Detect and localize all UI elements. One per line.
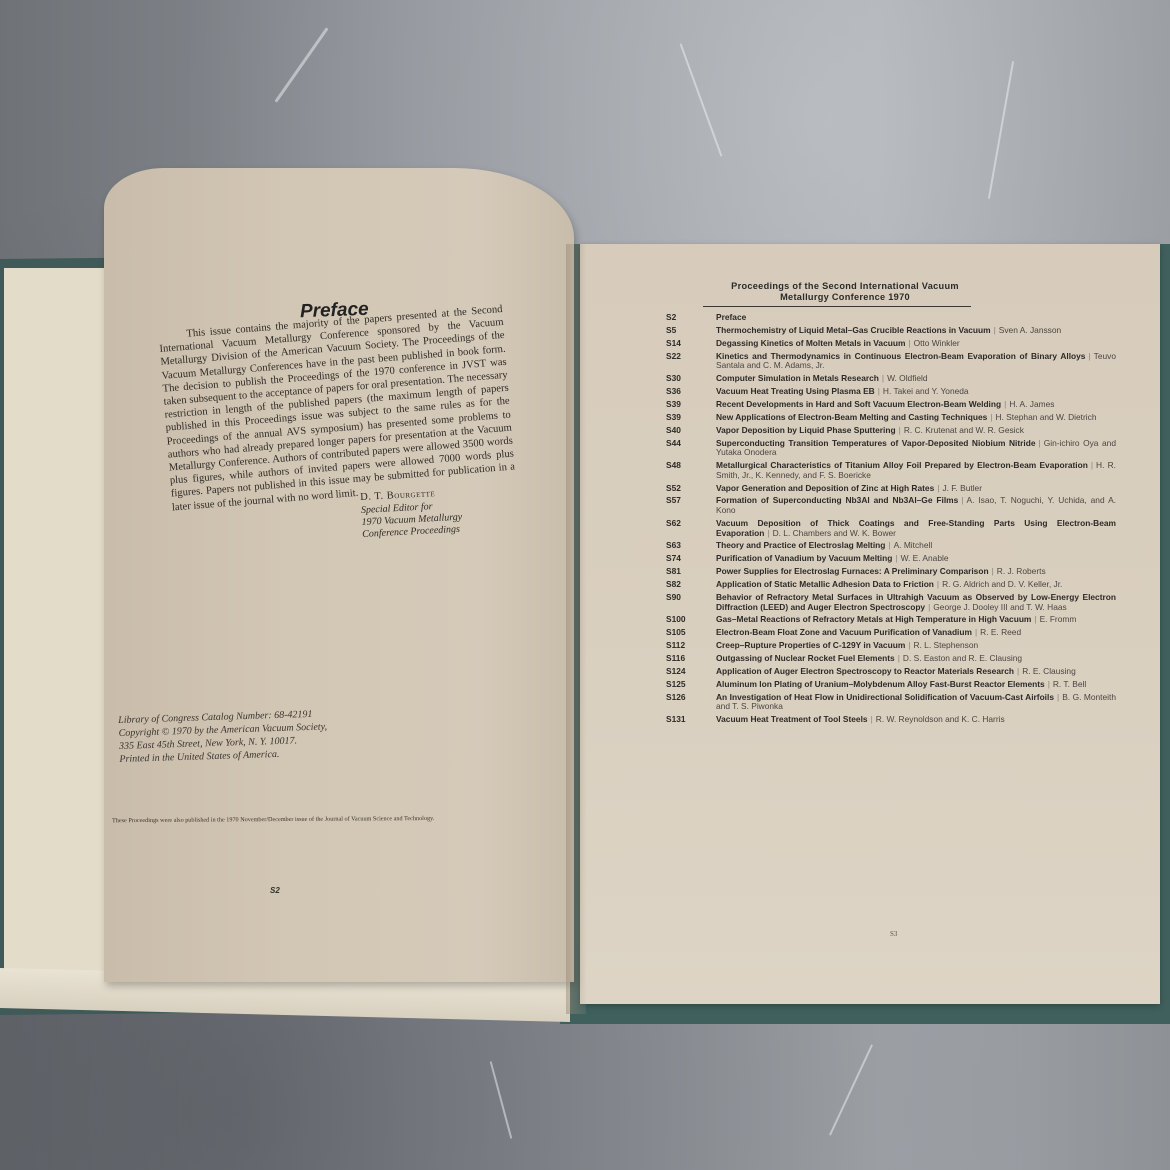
toc-page-number: S2 [628, 313, 704, 323]
toc-author: W. E. Anable [901, 553, 949, 563]
toc-separator: | [937, 579, 939, 589]
toc-title: Theory and Practice of Electroslag Melti… [716, 540, 885, 550]
toc-entry-text: Superconducting Transition Temperatures … [704, 439, 1116, 458]
toc-entry: S82Application of Static Metallic Adhesi… [628, 580, 1116, 590]
toc-separator: | [888, 540, 890, 550]
toc-title: Vacuum Heat Treatment of Tool Steels [716, 714, 868, 724]
heading-rule [703, 306, 971, 307]
toc-title: Degassing Kinetics of Molten Metals in V… [716, 338, 905, 348]
toc-page-number: S63 [628, 541, 704, 551]
toc-entry-text: Creep–Rupture Properties of C-129Y in Va… [704, 641, 1116, 651]
toc-entry-text: Application of Static Metallic Adhesion … [704, 580, 1116, 590]
toc-entry-text: Power Supplies for Electroslag Furnaces:… [704, 567, 1116, 577]
toc-heading: Proceedings of the Second International … [695, 281, 995, 302]
toc-page-label: S90 [666, 593, 704, 603]
toc-page-number: S22 [628, 352, 704, 371]
toc-entry-text: Vapor Deposition by Liquid Phase Sputter… [704, 426, 1116, 436]
toc-entry-text: Computer Simulation in Metals Research|W… [704, 374, 1116, 384]
toc-page-label: S44 [666, 439, 704, 449]
toc-author: D. S. Easton and R. E. Clausing [903, 653, 1022, 663]
toc-page-number: S62 [628, 519, 704, 538]
toc-separator: | [1048, 679, 1050, 689]
toc-author: R. E. Reed [980, 627, 1021, 637]
toc-page-number: S125 [628, 680, 704, 690]
toc-page-number: S14 [628, 339, 704, 349]
toc-entry: S57Formation of Superconducting Nb3Al an… [628, 496, 1116, 515]
toc-author: W. Oldfield [887, 373, 928, 383]
toc-entry: S39New Applications of Electron-Beam Mel… [628, 413, 1116, 423]
toc-entry: S48Metallurgical Characteristics of Tita… [628, 461, 1116, 480]
toc-entry-text: Behavior of Refractory Metal Surfaces in… [704, 593, 1116, 612]
toc-separator: | [898, 653, 900, 663]
toc-author: H. Takei and Y. Yoneda [883, 386, 969, 396]
toc-separator: | [908, 338, 910, 348]
toc-page-number: S44 [628, 439, 704, 458]
toc-entry-text: Recent Developments in Hard and Soft Vac… [704, 400, 1116, 410]
toc-page-label: S124 [666, 667, 704, 677]
toc-entry-text: Vacuum Heat Treating Using Plasma EB|H. … [704, 387, 1116, 397]
toc-title: Vacuum Heat Treating Using Plasma EB [716, 386, 875, 396]
toc-heading-line1: Proceedings of the Second International … [695, 281, 995, 292]
toc-entry-text: Outgassing of Nuclear Rocket Fuel Elemen… [704, 654, 1116, 664]
toc-separator: | [1057, 692, 1059, 702]
toc-page-label: S105 [666, 628, 704, 638]
toc-author: R. G. Aldrich and D. V. Keller, Jr. [942, 579, 1062, 589]
toc-author: Sven A. Jansson [999, 325, 1061, 335]
toc-entry-text: Formation of Superconducting Nb3Al and N… [704, 496, 1116, 515]
toc-author: Otto Winkler [914, 338, 960, 348]
toc-title: Electron-Beam Float Zone and Vacuum Puri… [716, 627, 972, 637]
toc-entry: S124Application of Auger Electron Spectr… [628, 667, 1116, 677]
toc-page-number: S40 [628, 426, 704, 436]
toc-entry: S2Preface [628, 313, 1116, 323]
toc-title: Thermochemistry of Liquid Metal–Gas Cruc… [716, 325, 991, 335]
toc-separator: | [899, 425, 901, 435]
toc-page-number: S124 [628, 667, 704, 677]
toc-page-number: S100 [628, 615, 704, 625]
toc-entry-text: New Applications of Electron-Beam Meltin… [704, 413, 1116, 423]
toc-page-label: S57 [666, 496, 704, 506]
toc-separator: | [871, 714, 873, 724]
toc-title: Power Supplies for Electroslag Furnaces:… [716, 566, 989, 576]
toc-page-number: S48 [628, 461, 704, 480]
toc-page-label: S2 [666, 313, 704, 323]
toc-page-number: S5 [628, 326, 704, 336]
toc-entry-text: Application of Auger Electron Spectrosco… [704, 667, 1116, 677]
toc-entry-text: Electron-Beam Float Zone and Vacuum Puri… [704, 628, 1116, 638]
toc-entry: S44Superconducting Transition Temperatur… [628, 439, 1116, 458]
toc-title: An Investigation of Heat Flow in Unidire… [716, 692, 1054, 702]
page-left [104, 168, 574, 982]
toc-separator: | [961, 495, 963, 505]
toc-author: E. Fromm [1040, 614, 1077, 624]
toc-page-label: S131 [666, 715, 704, 725]
editor-signature: D. T. Bourgette Special Editor for 1970 … [360, 487, 463, 541]
toc-page-label: S62 [666, 519, 704, 529]
toc-entry-text: Aluminum Ion Plating of Uranium–Molybden… [704, 680, 1116, 690]
toc-entry-text: Metallurgical Characteristics of Titaniu… [704, 461, 1116, 480]
toc-page-label: S39 [666, 413, 704, 423]
toc-title: Vapor Generation and Deposition of Zinc … [716, 483, 934, 493]
library-info: Library of Congress Catalog Number: 68-4… [118, 707, 328, 766]
toc-separator: | [882, 373, 884, 383]
toc-page-number: S39 [628, 413, 704, 423]
toc-page-label: S5 [666, 326, 704, 336]
toc-separator: | [975, 627, 977, 637]
toc-page-number: S30 [628, 374, 704, 384]
toc-heading-line2: Metallurgy Conference 1970 [695, 292, 995, 303]
toc-entry: S22Kinetics and Thermodynamics in Contin… [628, 352, 1116, 371]
toc-entry: S81Power Supplies for Electroslag Furnac… [628, 567, 1116, 577]
toc-entry: S40Vapor Deposition by Liquid Phase Sput… [628, 426, 1116, 436]
page-number-left: S2 [270, 886, 280, 895]
toc-page-label: S100 [666, 615, 704, 625]
toc-entry-text: Gas–Metal Reactions of Refractory Metals… [704, 615, 1116, 625]
toc-entry: S74Purification of Vanadium by Vacuum Me… [628, 554, 1116, 564]
toc-entry: S62Vacuum Deposition of Thick Coatings a… [628, 519, 1116, 538]
toc-separator: | [1088, 351, 1090, 361]
toc-page-label: S112 [666, 641, 704, 651]
toc-author: R. L. Stephenson [913, 640, 978, 650]
toc-entry: S63Theory and Practice of Electroslag Me… [628, 541, 1116, 551]
toc-author: H. A. James [1009, 399, 1054, 409]
toc-page-label: S40 [666, 426, 704, 436]
toc-page-number: S39 [628, 400, 704, 410]
toc-page-label: S125 [666, 680, 704, 690]
toc-title: Preface [716, 312, 746, 322]
toc-title: Superconducting Transition Temperatures … [716, 438, 1036, 448]
toc-page-label: S74 [666, 554, 704, 564]
toc-title: Gas–Metal Reactions of Refractory Metals… [716, 614, 1031, 624]
toc-separator: | [990, 412, 992, 422]
toc-title: Vapor Deposition by Liquid Phase Sputter… [716, 425, 896, 435]
toc-entry-text: Degassing Kinetics of Molten Metals in V… [704, 339, 1116, 349]
table-of-contents: S2PrefaceS5Thermochemistry of Liquid Met… [628, 313, 1116, 728]
toc-entry: S100Gas–Metal Reactions of Refractory Me… [628, 615, 1116, 625]
floor-scratch [680, 43, 723, 156]
toc-author: George J. Dooley III and T. W. Haas [933, 602, 1066, 612]
toc-title: Purification of Vanadium by Vacuum Melti… [716, 553, 892, 563]
toc-page-number: S36 [628, 387, 704, 397]
toc-entry: S125Aluminum Ion Plating of Uranium–Moly… [628, 680, 1116, 690]
toc-entry-text: Vapor Generation and Deposition of Zinc … [704, 484, 1116, 494]
toc-page-label: S81 [666, 567, 704, 577]
toc-entry: S126An Investigation of Heat Flow in Uni… [628, 693, 1116, 712]
toc-entry-text: Purification of Vanadium by Vacuum Melti… [704, 554, 1116, 564]
toc-title: New Applications of Electron-Beam Meltin… [716, 412, 987, 422]
toc-page-label: S48 [666, 461, 704, 471]
toc-page-number: S131 [628, 715, 704, 725]
toc-title: Computer Simulation in Metals Research [716, 373, 879, 383]
toc-separator: | [1017, 666, 1019, 676]
toc-author: H. Stephan and W. Dietrich [995, 412, 1096, 422]
toc-page-number: S81 [628, 567, 704, 577]
toc-separator: | [908, 640, 910, 650]
preface-body: This issue contains the majority of the … [158, 303, 516, 514]
toc-entry: S116Outgassing of Nuclear Rocket Fuel El… [628, 654, 1116, 664]
toc-title: Formation of Superconducting Nb3Al and N… [716, 495, 958, 505]
toc-entry: S39Recent Developments in Hard and Soft … [628, 400, 1116, 410]
toc-separator: | [992, 566, 994, 576]
toc-entry-text: Vacuum Heat Treatment of Tool Steels|R. … [704, 715, 1116, 725]
toc-page-number: S105 [628, 628, 704, 638]
toc-entry-text: Thermochemistry of Liquid Metal–Gas Cruc… [704, 326, 1116, 336]
toc-separator: | [937, 483, 939, 493]
toc-title: Aluminum Ion Plating of Uranium–Molybden… [716, 679, 1045, 689]
toc-entry-text: Vacuum Deposition of Thick Coatings and … [704, 519, 1116, 538]
toc-separator: | [1091, 460, 1093, 470]
book-gutter [566, 244, 586, 1014]
toc-title: Application of Static Metallic Adhesion … [716, 579, 934, 589]
toc-page-label: S22 [666, 352, 704, 362]
toc-title: Metallurgical Characteristics of Titaniu… [716, 460, 1088, 470]
toc-page-number: S116 [628, 654, 704, 664]
floor-scratch [274, 27, 328, 102]
toc-author: J. F. Butler [942, 483, 982, 493]
floor-scratch [829, 1044, 873, 1135]
toc-page-number: S82 [628, 580, 704, 590]
toc-author: R. C. Krutenat and W. R. Gesick [904, 425, 1024, 435]
toc-separator: | [928, 602, 930, 612]
toc-page-label: S36 [666, 387, 704, 397]
toc-page-number: S74 [628, 554, 704, 564]
toc-page-label: S116 [666, 654, 704, 664]
toc-separator: | [1039, 438, 1041, 448]
toc-entry: S90Behavior of Refractory Metal Surfaces… [628, 593, 1116, 612]
toc-title: Creep–Rupture Properties of C-129Y in Va… [716, 640, 905, 650]
toc-entry: S112Creep–Rupture Properties of C-129Y i… [628, 641, 1116, 651]
toc-entry-text: Preface [704, 313, 1116, 323]
toc-page-number: S112 [628, 641, 704, 651]
toc-entry: S5Thermochemistry of Liquid Metal–Gas Cr… [628, 326, 1116, 336]
toc-author: R. E. Clausing [1022, 666, 1076, 676]
toc-entry: S52Vapor Generation and Deposition of Zi… [628, 484, 1116, 494]
toc-entry-text: Kinetics and Thermodynamics in Continuou… [704, 352, 1116, 371]
toc-author: R. W. Reynoldson and K. C. Harris [876, 714, 1005, 724]
toc-author: A. Mitchell [894, 540, 933, 550]
toc-author: R. T. Bell [1053, 679, 1086, 689]
toc-page-number: S90 [628, 593, 704, 612]
toc-title: Kinetics and Thermodynamics in Continuou… [716, 351, 1085, 361]
toc-separator: | [1034, 614, 1036, 624]
toc-separator: | [878, 386, 880, 396]
toc-entry-text: Theory and Practice of Electroslag Melti… [704, 541, 1116, 551]
toc-separator: | [994, 325, 996, 335]
toc-entry: S105Electron-Beam Float Zone and Vacuum … [628, 628, 1116, 638]
toc-separator: | [895, 553, 897, 563]
toc-page-number: S52 [628, 484, 704, 494]
toc-author: R. J. Roberts [997, 566, 1046, 576]
toc-page-label: S30 [666, 374, 704, 384]
toc-page-label: S63 [666, 541, 704, 551]
floor-scratch [988, 61, 1014, 199]
toc-author: D. L. Chambers and W. K. Bower [773, 528, 896, 538]
toc-entry: S131Vacuum Heat Treatment of Tool Steels… [628, 715, 1116, 725]
toc-entry: S36Vacuum Heat Treating Using Plasma EB|… [628, 387, 1116, 397]
toc-title: Application of Auger Electron Spectrosco… [716, 666, 1014, 676]
toc-page-label: S126 [666, 693, 704, 703]
toc-page-label: S14 [666, 339, 704, 349]
toc-page-number: S126 [628, 693, 704, 712]
toc-entry: S14Degassing Kinetics of Molten Metals i… [628, 339, 1116, 349]
toc-separator: | [1004, 399, 1006, 409]
toc-page-label: S82 [666, 580, 704, 590]
page-number-right: S3 [890, 930, 897, 938]
toc-entry: S30Computer Simulation in Metals Researc… [628, 374, 1116, 384]
floor-scratch [490, 1061, 513, 1139]
toc-title: Outgassing of Nuclear Rocket Fuel Elemen… [716, 653, 895, 663]
toc-entry-text: An Investigation of Heat Flow in Unidire… [704, 693, 1116, 712]
toc-page-label: S39 [666, 400, 704, 410]
toc-title: Recent Developments in Hard and Soft Vac… [716, 399, 1001, 409]
toc-page-number: S57 [628, 496, 704, 515]
toc-separator: | [767, 528, 769, 538]
toc-page-label: S52 [666, 484, 704, 494]
